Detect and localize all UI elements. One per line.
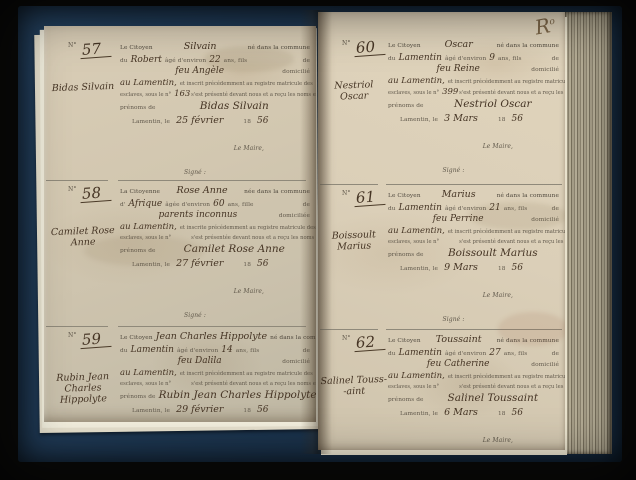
given-name-handwritten: Oscar — [424, 40, 494, 50]
firstnames-label: prénoms de — [388, 251, 424, 261]
date-handwritten: 6 Mars — [444, 408, 478, 418]
firstnames-label: prénoms de — [388, 396, 424, 406]
margin-name: Salinel Touss- -aint — [320, 374, 389, 398]
year-printed: 18 — [498, 410, 506, 420]
born-label: né dans la commune — [497, 337, 559, 347]
form-line-mayor: Le Maire, — [388, 282, 559, 301]
date-handwritten: 25 février — [176, 116, 223, 126]
citizen-label: Le Citoyen — [120, 334, 153, 344]
parent-handwritten: parents inconnus — [120, 211, 276, 221]
new-name-handwritten: Salinel Toussaint — [427, 394, 559, 404]
parent-handwritten: feu Angèle — [120, 67, 279, 77]
mayor-label: Le Maire, — [234, 145, 264, 152]
residence-handwritten: au Lamentin, — [120, 79, 177, 89]
age-handwritten: 22 — [209, 56, 220, 66]
form-line-new-name: prénoms de Boissoult Marius — [388, 249, 559, 261]
new-name-handwritten: Boissoult Marius — [427, 249, 559, 259]
entry-body: Le Citoyen Jean Charles Hippolyte né dan… — [120, 332, 316, 422]
register-number-handwritten: 163 — [174, 90, 188, 100]
year-printed: 18 — [243, 261, 251, 271]
form-line-date: Lamentin, le 27 février 1856 — [120, 259, 310, 271]
aged-label: âgée d'environ — [165, 201, 210, 211]
born-label: né dans la commune — [497, 192, 559, 202]
place-label: Lamentin, le — [400, 265, 438, 275]
form-line-date: Lamentin, le 6 Mars 1856 — [388, 408, 559, 420]
margin-name: Boissoult Marius — [320, 229, 389, 253]
parent-handwritten: feu Perrine — [388, 215, 528, 225]
years-label: ans, fils — [504, 205, 528, 215]
page-mark-sup: o — [548, 17, 555, 28]
citizen-label: La Citoyenne — [120, 188, 160, 198]
aged-label: âgé d'environ — [445, 55, 486, 65]
number-label: N° — [342, 40, 350, 47]
date-handwritten: 29 février — [176, 405, 223, 415]
domiciled-label: domiciliée — [279, 212, 310, 222]
form-line-parent: feu Dalila domicilié — [120, 357, 310, 368]
born-label: née dans la commune — [244, 188, 310, 198]
aged-label: âgé d'environ — [165, 57, 206, 67]
born-label: né dans la commune — [270, 334, 316, 344]
register-entry: N° 62 Salinel Touss- -aint Le Citoyen To… — [318, 329, 565, 450]
margin-name-line2: Anne — [71, 237, 96, 249]
form-line-commune-age: du Robert âgé d'environ 22 ans, fils de — [120, 56, 310, 67]
entry-divider — [118, 180, 306, 181]
form-line-parent: feu Catherine domicilié — [388, 360, 559, 371]
de-label: de — [552, 205, 559, 215]
commune-handwritten: Lamentin — [399, 204, 442, 214]
entry-number: 58 — [80, 185, 112, 203]
mayor-label: Le Maire, — [483, 437, 513, 444]
form-line-citizen: Le Citoyen Oscar né dans la commune — [388, 40, 559, 52]
parent-handwritten: feu Catherine — [388, 360, 528, 370]
date-handwritten: 3 Mars — [444, 114, 478, 124]
left-page: N° 57 Bidas Silvain Le Citoyen Silvain n… — [44, 26, 316, 422]
signed-label: Signé : — [443, 316, 465, 323]
place-label: Lamentin, le — [132, 118, 170, 128]
year-printed: 18 — [243, 407, 251, 417]
form-line-signed: Signé : — [120, 302, 310, 321]
entry-margin: N° 59 Rubin Jean Charles Hippolyte — [44, 332, 120, 422]
age-handwritten: 21 — [489, 204, 500, 214]
form-line-parent: feu Reine domicilié — [388, 65, 559, 76]
registered-label: et inscrit précédemment au registre matr… — [180, 80, 313, 90]
citizen-label: Le Citoyen — [388, 42, 421, 52]
form-line-registered: au Lamentin, et inscrit précédemment au … — [388, 227, 559, 238]
form-line-mayor: Le Maire, — [388, 427, 559, 446]
place-label: Lamentin, le — [132, 407, 170, 417]
of-label: du — [120, 347, 128, 357]
firstnames-label: prénoms de — [388, 102, 424, 112]
number-label: N° — [342, 190, 350, 197]
form-line-signed: Signé : — [388, 306, 559, 325]
years-label: ans, fils — [236, 347, 260, 357]
de-label: de — [552, 55, 559, 65]
age-handwritten: 14 — [221, 346, 232, 356]
of-label: du — [120, 57, 128, 67]
parent-handwritten: feu Dalila — [120, 357, 279, 367]
commune-handwritten: Robert — [131, 56, 162, 66]
slaves-number-label: esclaves, sous le n° — [388, 383, 439, 393]
signed-label: Signé : — [443, 167, 465, 174]
firstnames-label: prénoms de — [120, 393, 156, 403]
form-line-parent: parents inconnus domiciliée — [120, 211, 310, 222]
margin-name-line2: Hippolyte — [60, 393, 107, 406]
form-line-date: Lamentin, le 9 Mars 1856 — [388, 263, 559, 275]
number-label: N° — [68, 332, 76, 339]
entry-divider — [386, 184, 562, 185]
entry-margin: N° 62 Salinel Touss- -aint — [318, 335, 388, 450]
firstnames-label: prénoms de — [120, 247, 156, 257]
form-line-mayor: Le Maire, — [120, 135, 310, 154]
year-handwritten: 56 — [257, 260, 268, 270]
residence-handwritten: au Lamentin, — [120, 223, 177, 233]
registered-label: et inscrit précédemment au registre matr… — [448, 228, 565, 238]
years-label: ans, fils — [224, 57, 248, 67]
form-line-date: Lamentin, le 3 Mars 1856 — [388, 114, 559, 126]
citizen-label: Le Citoyen — [388, 337, 421, 347]
born-label: né dans la commune — [497, 42, 559, 52]
domiciled-label: domicilié — [282, 358, 310, 368]
slaves-number-label: esclaves, sous le n° — [388, 238, 439, 248]
form-line-date: Lamentin, le 29 février 1856 — [120, 405, 310, 417]
domiciled-label: domicilié — [531, 66, 559, 76]
margin-name: Camilet Rose Anne — [46, 225, 121, 250]
form-line-mayor: Le Maire, — [388, 133, 559, 152]
citizen-label: Le Citoyen — [120, 44, 153, 54]
entry-body: La Citoyenne Rose Anne née dans la commu… — [120, 186, 316, 321]
form-line-date: Lamentin, le 25 février 1856 — [120, 116, 310, 128]
form-line-new-name: prénoms de Camilet Rose Anne — [120, 245, 310, 257]
entry-divider — [320, 329, 378, 330]
of-label: du — [388, 205, 396, 215]
number-label: N° — [68, 186, 76, 193]
slaves-number-label: esclaves, sous le n° — [120, 91, 171, 101]
year-printed: 18 — [243, 118, 251, 128]
number-label: N° — [68, 42, 76, 49]
form-line-register-number: esclaves, sous le n° 163 s'est présenté … — [120, 90, 310, 101]
year-handwritten: 56 — [257, 406, 268, 416]
entry-body: Le Citoyen Marius né dans la commune du … — [388, 190, 565, 325]
margin-name: Bidas Silvain — [46, 81, 120, 95]
year-printed: 18 — [498, 265, 506, 275]
form-line-new-name: prénoms de Nestriol Oscar — [388, 100, 559, 112]
entry-divider — [320, 184, 378, 185]
age-handwritten: 60 — [213, 200, 224, 210]
margin-name-line1: Boissoult Marius — [332, 229, 377, 252]
entry-margin: N° 61 Boissoult Marius — [318, 190, 388, 325]
margin-name-line1: Bidas Silvain — [52, 81, 115, 94]
de-label: de — [303, 347, 310, 357]
margin-name-line1: Rubin Jean Charles — [56, 371, 109, 395]
entry-number: 62 — [354, 334, 386, 352]
scanned-register-photo: N° 57 Bidas Silvain Le Citoyen Silvain n… — [0, 0, 636, 480]
registered-label: et inscrite précédemment au registre mat… — [180, 224, 316, 234]
years-label: ans, fille — [228, 201, 254, 211]
form-line-commune-age: du Lamentin âgé d'environ 27 ans, fils d… — [388, 349, 559, 360]
entry-body: Le Citoyen Oscar né dans la commune du L… — [388, 40, 565, 176]
form-line-commune-age: du Lamentin âgé d'environ 14 ans, fils d… — [120, 346, 310, 357]
of-label: d' — [120, 201, 126, 211]
form-line-commune-age: du Lamentin âgé d'environ 9 ans, fils de — [388, 54, 559, 65]
form-line-new-name: prénoms de Bidas Silvain — [120, 102, 310, 114]
form-line-commune-age: du Lamentin âgé d'environ 21 ans, fils d… — [388, 204, 559, 215]
new-name-handwritten: Bidas Silvain — [159, 102, 310, 112]
form-line-commune-age: d' Afrique âgée d'environ 60 ans, fille … — [120, 200, 310, 211]
form-line-signed: Signé : — [388, 157, 559, 176]
date-handwritten: 27 février — [176, 259, 223, 269]
aged-label: âgé d'environ — [445, 350, 486, 360]
new-name-handwritten: Nestriol Oscar — [427, 100, 559, 110]
entry-number: 59 — [80, 331, 112, 349]
form-line-citizen: Le Citoyen Toussaint né dans la commune — [388, 335, 559, 347]
de-label: de — [303, 201, 310, 211]
year-handwritten: 56 — [512, 264, 523, 274]
entry-divider — [46, 180, 108, 181]
aged-label: âgé d'environ — [177, 347, 218, 357]
domiciled-label: domicilié — [531, 216, 559, 226]
right-page: Ro N° 60 Nestriol Oscar Le Citoyen Oscar — [318, 12, 565, 450]
commune-handwritten: Lamentin — [399, 54, 442, 64]
margin-name: Rubin Jean Charles Hippolyte — [45, 371, 120, 407]
year-handwritten: 56 — [512, 115, 523, 125]
age-handwritten: 9 — [489, 54, 495, 64]
domiciled-label: domicilié — [531, 361, 559, 371]
date-handwritten: 9 Mars — [444, 263, 478, 273]
of-label: du — [388, 55, 396, 65]
register-number-handwritten: 399 — [442, 88, 456, 98]
born-label: né dans la commune — [248, 44, 310, 54]
year-handwritten: 56 — [257, 117, 268, 127]
margin-name: Nestriol Oscar — [320, 79, 389, 103]
citizen-label: Le Citoyen — [388, 192, 421, 202]
given-name-handwritten: Marius — [424, 190, 494, 200]
slaves-number-label: esclaves, sous le n° — [388, 89, 439, 99]
age-handwritten: 27 — [489, 349, 500, 359]
residence-handwritten: au Lamentin, — [388, 77, 445, 87]
residence-handwritten: au Lamentin, — [388, 372, 445, 382]
page-fore-edge — [560, 12, 612, 454]
slaves-number-label: esclaves, sous le n° — [120, 234, 171, 244]
new-name-handwritten: Camilet Rose Anne — [159, 245, 310, 255]
form-line-citizen: Le Citoyen Silvain né dans la commune — [120, 42, 310, 54]
entry-margin: N° 57 Bidas Silvain — [44, 42, 120, 178]
given-name-handwritten: Jean Charles Hippolyte — [156, 332, 267, 342]
form-line-signed: Signé : — [120, 159, 310, 178]
commune-handwritten: Afrique — [129, 200, 163, 210]
form-line-register-number: esclaves, sous le n° 399 s'est présenté … — [388, 88, 559, 99]
commune-handwritten: Lamentin — [399, 349, 442, 359]
commune-handwritten: Lamentin — [131, 346, 174, 356]
mayor-label: Le Maire, — [483, 292, 513, 299]
de-label: de — [552, 350, 559, 360]
entry-number: 60 — [354, 39, 386, 57]
registered-label: et inscrit précédemment au registre matr… — [448, 78, 565, 88]
signed-label: Signé : — [184, 169, 206, 176]
residence-handwritten: au Lamentin, — [120, 369, 177, 379]
entry-body: Le Citoyen Silvain né dans la commune du… — [120, 42, 316, 178]
parent-handwritten: feu Reine — [388, 65, 528, 75]
form-line-citizen: Le Citoyen Marius né dans la commune — [388, 190, 559, 202]
aged-label: âgé d'environ — [445, 205, 486, 215]
new-name-handwritten: Rubin Jean Charles Hippolyte — [159, 391, 316, 401]
year-handwritten: 56 — [512, 409, 523, 419]
given-name-handwritten: Toussaint — [424, 335, 494, 345]
de-label: de — [303, 57, 310, 67]
entry-number: 57 — [80, 41, 112, 59]
registered-label: et inscrit précédemment au registre matr… — [448, 373, 565, 383]
place-label: Lamentin, le — [132, 261, 170, 271]
form-line-registered: au Lamentin, et inscrit précédemment au … — [388, 372, 559, 383]
years-label: ans, fils — [498, 55, 522, 65]
entry-margin: N° 58 Camilet Rose Anne — [44, 186, 120, 321]
form-line-new-name: prénoms de Salinel Toussaint — [388, 394, 559, 406]
register-entry: N° 60 Nestriol Oscar Le Citoyen Oscar né… — [318, 34, 565, 176]
form-line-parent: feu Angèle domicilié — [120, 67, 310, 78]
entry-divider — [386, 329, 562, 330]
entry-body: Le Citoyen Toussaint né dans la commune … — [388, 335, 565, 450]
signed-label: Signé : — [184, 312, 206, 319]
form-line-parent: feu Perrine domicilié — [388, 215, 559, 226]
mayor-label: Le Maire, — [234, 288, 264, 295]
firstnames-label: prénoms de — [120, 104, 156, 114]
entry-number: 61 — [354, 189, 386, 207]
form-line-registered: au Lamentin, et inscrit précédemment au … — [120, 369, 310, 380]
form-line-registered: au Lamentin, et inscrite précédemment au… — [120, 223, 310, 234]
register-entry: N° 59 Rubin Jean Charles Hippolyte Le Ci… — [44, 326, 316, 422]
registered-label: et inscrit précédemment au registre matr… — [180, 370, 313, 380]
form-line-registered: au Lamentin, et inscrit précédemment au … — [388, 77, 559, 88]
place-label: Lamentin, le — [400, 116, 438, 126]
domiciled-label: domicilié — [282, 68, 310, 78]
form-line-new-name: prénoms de Rubin Jean Charles Hippolyte — [120, 391, 310, 403]
given-name-handwritten: Silvain — [156, 42, 245, 52]
form-line-citizen: La Citoyenne Rose Anne née dans la commu… — [120, 186, 310, 198]
form-line-mayor: Le Maire, — [120, 278, 310, 297]
entry-margin: N° 60 Nestriol Oscar — [318, 40, 388, 176]
margin-name-line1: Nestriol Oscar — [334, 79, 373, 102]
years-label: ans, fils — [504, 350, 528, 360]
place-label: Lamentin, le — [400, 410, 438, 420]
of-label: du — [388, 350, 396, 360]
margin-name-line2: -aint — [343, 386, 365, 398]
entry-divider — [46, 326, 108, 327]
given-name-handwritten: Rose Anne — [163, 186, 241, 196]
year-printed: 18 — [498, 116, 506, 126]
register-entry: N° 57 Bidas Silvain Le Citoyen Silvain n… — [44, 36, 316, 178]
register-entry: N° 58 Camilet Rose Anne La Citoyenne Ros… — [44, 180, 316, 321]
number-label: N° — [342, 335, 350, 342]
entry-divider — [118, 326, 306, 327]
mayor-label: Le Maire, — [483, 143, 513, 150]
form-line-citizen: Le Citoyen Jean Charles Hippolyte né dan… — [120, 332, 310, 344]
form-line-registered: au Lamentin, et inscrit précédemment au … — [120, 79, 310, 90]
residence-handwritten: au Lamentin, — [388, 227, 445, 237]
register-entry: N° 61 Boissoult Marius Le Citoyen Marius… — [318, 184, 565, 325]
